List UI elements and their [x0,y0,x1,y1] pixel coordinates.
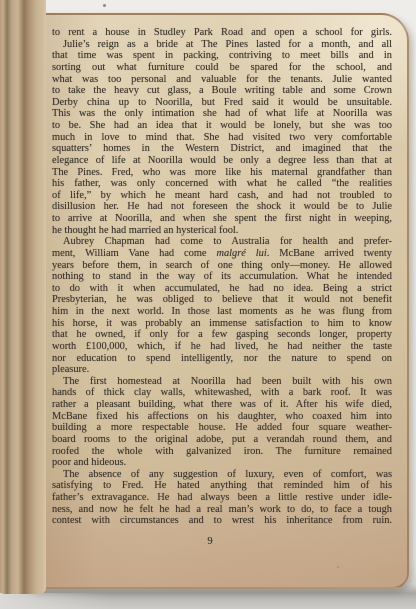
text-line: satisfying to Fred. He hated anything th… [52,480,392,492]
text-line: Aubrey Chapman had come to Australia for… [52,236,392,248]
text-line: father’s extravagance. He had always bee… [52,492,392,504]
book-page-photo: to rent a house in Studley Park Road and… [0,0,416,609]
text-line: sorting out what furniture could be spar… [52,62,392,74]
text-line: building a more respectable house. He ad… [52,422,392,434]
text-line: contest with circumstances and to wrest … [52,515,392,527]
text-line: nor education to spend intelligently, no… [52,353,392,365]
text-line: hands of thick clay walls, whitewashed, … [52,387,392,399]
text-line: This was the only intimation she had of … [52,108,392,120]
page-curl-gutter [0,0,46,594]
text-line: to rent a house in Studley Park Road and… [52,27,392,39]
text-line: Presbyterian, he was obliged to believe … [52,294,392,306]
text-line: ment, William Vane had come malgré lui. … [52,248,392,260]
text-line: Derby china up to Noorilla, but Fred sai… [52,97,392,109]
dust-speck [103,4,106,7]
text-line: him in the next world. In those last mom… [52,306,392,318]
text-line: nothing to stand in the way of its accum… [52,271,392,283]
text-line: he thought he had married an hysterical … [52,225,392,237]
text-line: The first homestead at Noorilla had been… [52,376,392,388]
text-line: pleasure. [52,364,392,376]
text-line: Julie’s reign as a bride at The Pines la… [52,39,392,51]
text-line: his father, was only concerned with what… [52,178,392,190]
text-line: worth £100,000, which, if he had lived, … [52,341,392,353]
text-line: to arrive at Noorilla, and when she spen… [52,213,392,225]
text-line: disillusion her. He had not foreseen the… [52,201,392,213]
table-surface-highlight [0,593,110,609]
text-line: The absence of any suggestion of luxury,… [52,469,392,481]
text-line: rather a pleasant building, what there w… [52,399,392,411]
text-line: that he owned, if only for a few gasping… [52,329,392,341]
text-line: The Pines. Fred, who was more like his m… [52,167,392,179]
text-line: board rooms to the original adobe, put a… [52,434,392,446]
text-line: McBane fixed his affections on his daugh… [52,411,392,423]
text-line: that time was spent in packing, contrivi… [52,50,392,62]
text-line: roofed the whole with galvanized iron. T… [52,446,392,458]
text-line: years before them, in search of one thin… [52,260,392,272]
text-line: poor and hideous. [52,457,392,469]
text-line: what was too personal and valuable for t… [52,74,392,86]
text-line: ness, and now he felt he had a real man’… [52,504,392,516]
page-number: 9 [52,536,368,547]
text-line: his horse, it was probably an immense sa… [52,318,392,330]
text-line: to do with it when accumulated, he had n… [52,283,392,295]
page-text: to rent a house in Studley Park Road and… [52,27,392,527]
text-line: squatters’ homes in the Western District… [52,143,392,155]
text-line: elegance of life at Noorilla would be on… [52,155,392,167]
text-line: much in love to mind that. She had visit… [52,132,392,144]
dust-speck [337,566,339,568]
text-line: to take the heavy cut glass, a Boule wri… [52,85,392,97]
text-line: to be. She had an idea that it would be … [52,120,392,132]
text-line: of life,” by which he meant hard cash, a… [52,190,392,202]
